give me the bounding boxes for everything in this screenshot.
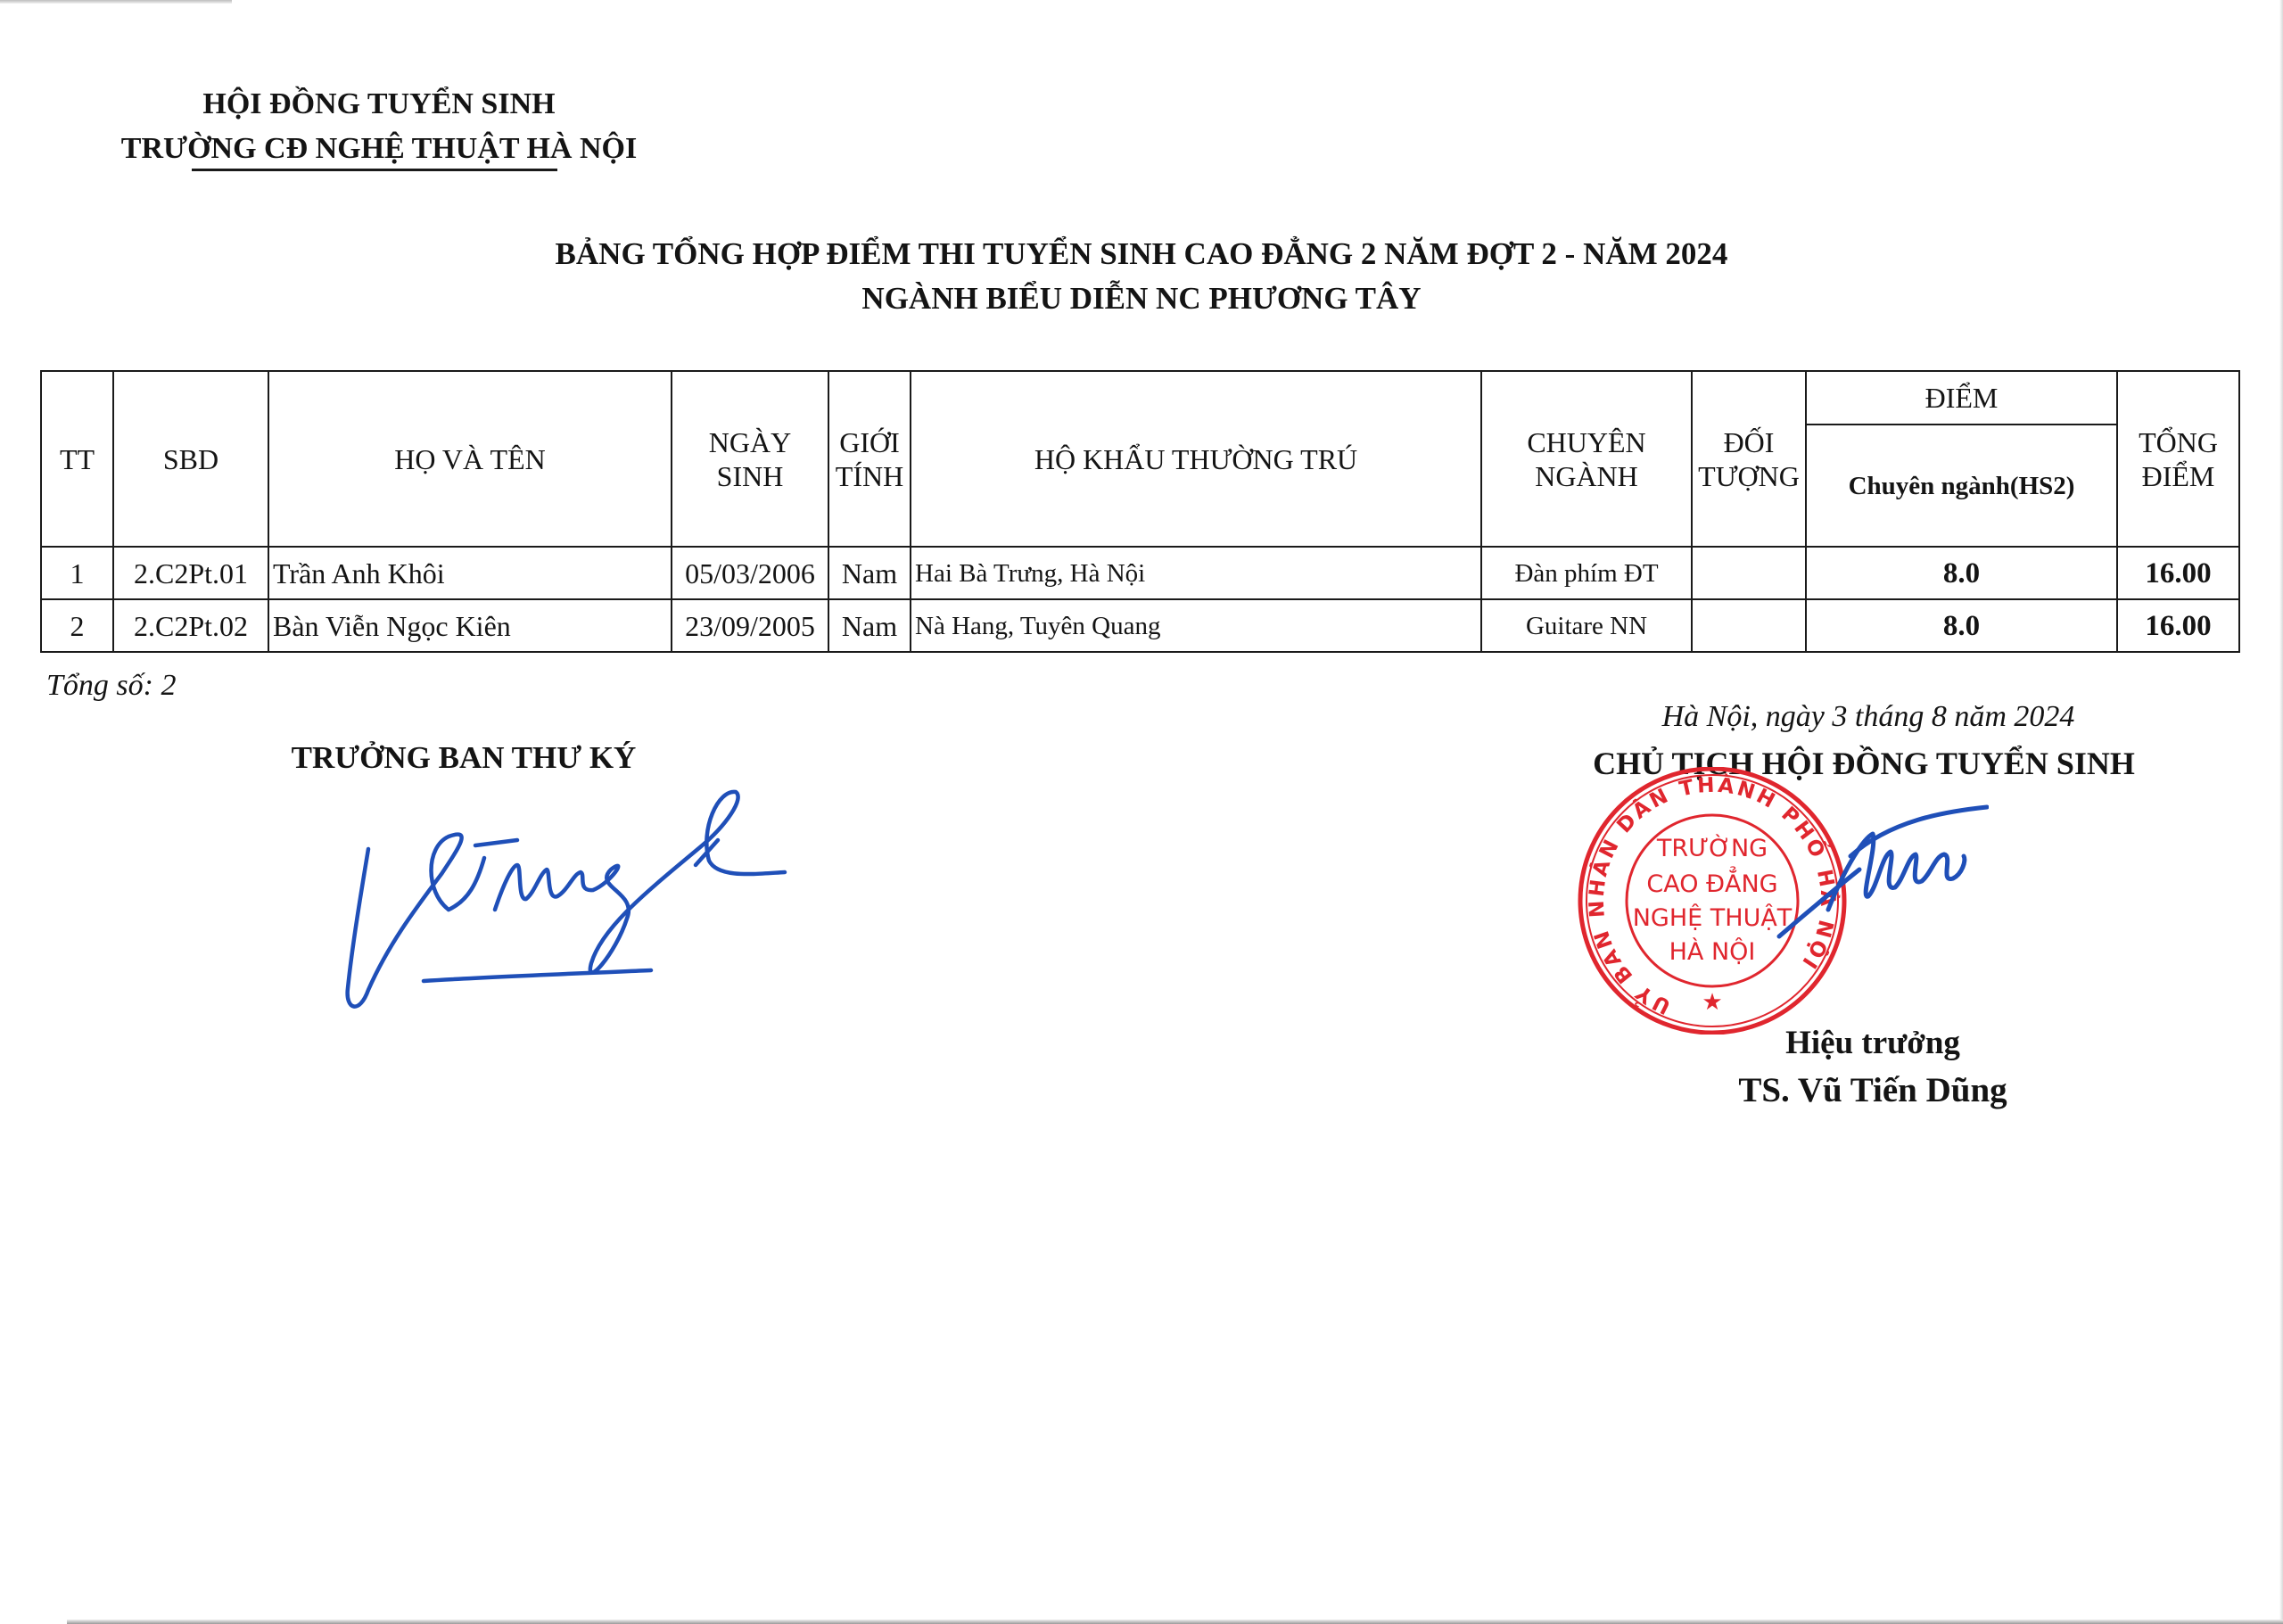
- table-row: 1 2.C2Pt.01 Trần Anh Khôi 05/03/2006 Nam…: [41, 547, 2239, 599]
- cell-doi-tuong: [1692, 599, 1806, 652]
- date-place: Hà Nội, ngày 3 tháng 8 năm 2024: [1587, 700, 2149, 734]
- header-gioi-tinh-line-2: TÍNH: [829, 459, 910, 493]
- cell-ho-ten: Trần Anh Khôi: [268, 547, 672, 599]
- cell-diem-chuyen-nganh: 8.0: [1806, 547, 2117, 599]
- organization-line-2: TRƯỜNG CĐ NGHỆ THUẬT HÀ NỘI: [89, 127, 669, 171]
- organization-underline: [192, 169, 557, 171]
- header-tt: TT: [41, 371, 113, 547]
- cell-ngay-sinh: 23/09/2005: [672, 599, 828, 652]
- header-gioi-tinh: GIỚI TÍNH: [828, 371, 911, 547]
- organization-header: HỘI ĐỒNG TUYỂN SINH TRƯỜNG CĐ NGHỆ THUẬT…: [89, 82, 669, 171]
- chairman-signature-icon: [1775, 803, 1989, 945]
- cell-ho-khau: Hai Bà Trưng, Hà Nội: [911, 547, 1481, 599]
- cell-tong-diem: 16.00: [2117, 599, 2239, 652]
- organization-line-1: HỘI ĐỒNG TUYỂN SINH: [89, 82, 669, 127]
- header-ho-ten: HỌ VÀ TÊN: [268, 371, 672, 547]
- cell-sbd: 2.C2Pt.01: [113, 547, 268, 599]
- cell-chuyen-nganh: Đàn phím ĐT: [1481, 547, 1692, 599]
- scan-edge-top: [0, 0, 232, 4]
- header-tong-diem: TỔNG ĐIỂM: [2117, 371, 2239, 547]
- score-table: TT SBD HỌ VÀ TÊN NGÀY SINH GIỚI TÍNH HỘ …: [40, 370, 2240, 653]
- scan-edge-bottom: [67, 1620, 2283, 1624]
- svg-text:★: ★: [1702, 989, 1722, 1015]
- header-ngay-sinh: NGÀY SINH: [672, 371, 828, 547]
- header-chuyen-nganh: CHUYÊN NGÀNH: [1481, 371, 1692, 547]
- svg-text:NGHỆ THUẬT: NGHỆ THUẬT: [1633, 903, 1793, 932]
- header-ngay-sinh-line-1: NGÀY: [676, 425, 824, 459]
- svg-text:HÀ NỘI: HÀ NỘI: [1669, 937, 1756, 966]
- header-tong-diem-line-1: TỔNG: [2122, 425, 2235, 459]
- cell-tt: 1: [41, 547, 113, 599]
- header-sbd: SBD: [113, 371, 268, 547]
- cell-ngay-sinh: 05/03/2006: [672, 547, 828, 599]
- header-doi-tuong-line-2: TƯỢNG: [1693, 459, 1805, 493]
- cell-tong-diem: 16.00: [2117, 547, 2239, 599]
- header-tong-diem-line-2: ĐIỂM: [2122, 459, 2235, 493]
- total-count: Tổng số: 2: [46, 669, 176, 703]
- cell-sbd: 2.C2Pt.02: [113, 599, 268, 652]
- cell-chuyen-nganh: Guitare NN: [1481, 599, 1692, 652]
- header-chuyen-nganh-line-1: CHUYÊN: [1486, 425, 1687, 459]
- header-doi-tuong: ĐỐI TƯỢNG: [1692, 371, 1806, 547]
- header-gioi-tinh-line-1: GIỚI: [829, 425, 910, 459]
- document-title: BẢNG TỔNG HỢP ĐIỂM THI TUYỂN SINH CAO ĐẲ…: [268, 232, 2015, 321]
- cell-gioi-tinh: Nam: [828, 599, 911, 652]
- cell-doi-tuong: [1692, 547, 1806, 599]
- document-title-line-1: BẢNG TỔNG HỢP ĐIỂM THI TUYỂN SINH CAO ĐẲ…: [268, 232, 2015, 276]
- secretary-title: TRƯỞNG BAN THƯ KÝ: [259, 740, 669, 776]
- cell-ho-khau: Nà Hang, Tuyên Quang: [911, 599, 1481, 652]
- cell-ho-ten: Bàn Viễn Ngọc Kiên: [268, 599, 672, 652]
- svg-text:CAO ĐẲNG: CAO ĐẲNG: [1646, 866, 1777, 898]
- document-title-line-2: NGÀNH BIỂU DIỄN NC PHƯƠNG TÂY: [268, 276, 2015, 321]
- header-doi-tuong-line-1: ĐỐI: [1693, 425, 1805, 459]
- chairman-name: TS. Vũ Tiến Dũng: [1650, 1070, 2096, 1110]
- cell-tt: 2: [41, 599, 113, 652]
- header-ngay-sinh-line-2: SINH: [676, 459, 824, 493]
- header-chuyen-nganh-line-2: NGÀNH: [1486, 459, 1687, 493]
- chairman-position: Hiệu trưởng: [1694, 1024, 2051, 1062]
- cell-gioi-tinh: Nam: [828, 547, 911, 599]
- cell-diem-chuyen-nganh: 8.0: [1806, 599, 2117, 652]
- header-ho-khau: HỘ KHẨU THƯỜNG TRÚ: [911, 371, 1481, 547]
- svg-text:TRƯỜNG: TRƯỜNG: [1656, 834, 1768, 862]
- table-row: 2 2.C2Pt.02 Bàn Viễn Ngọc Kiên 23/09/200…: [41, 599, 2239, 652]
- scan-edge-right: [2279, 0, 2283, 1624]
- header-diem: ĐIỂM: [1806, 371, 2117, 425]
- header-diem-chuyen-nganh: Chuyên ngành(HS2): [1806, 425, 2117, 547]
- secretary-signature-icon: [343, 776, 789, 1017]
